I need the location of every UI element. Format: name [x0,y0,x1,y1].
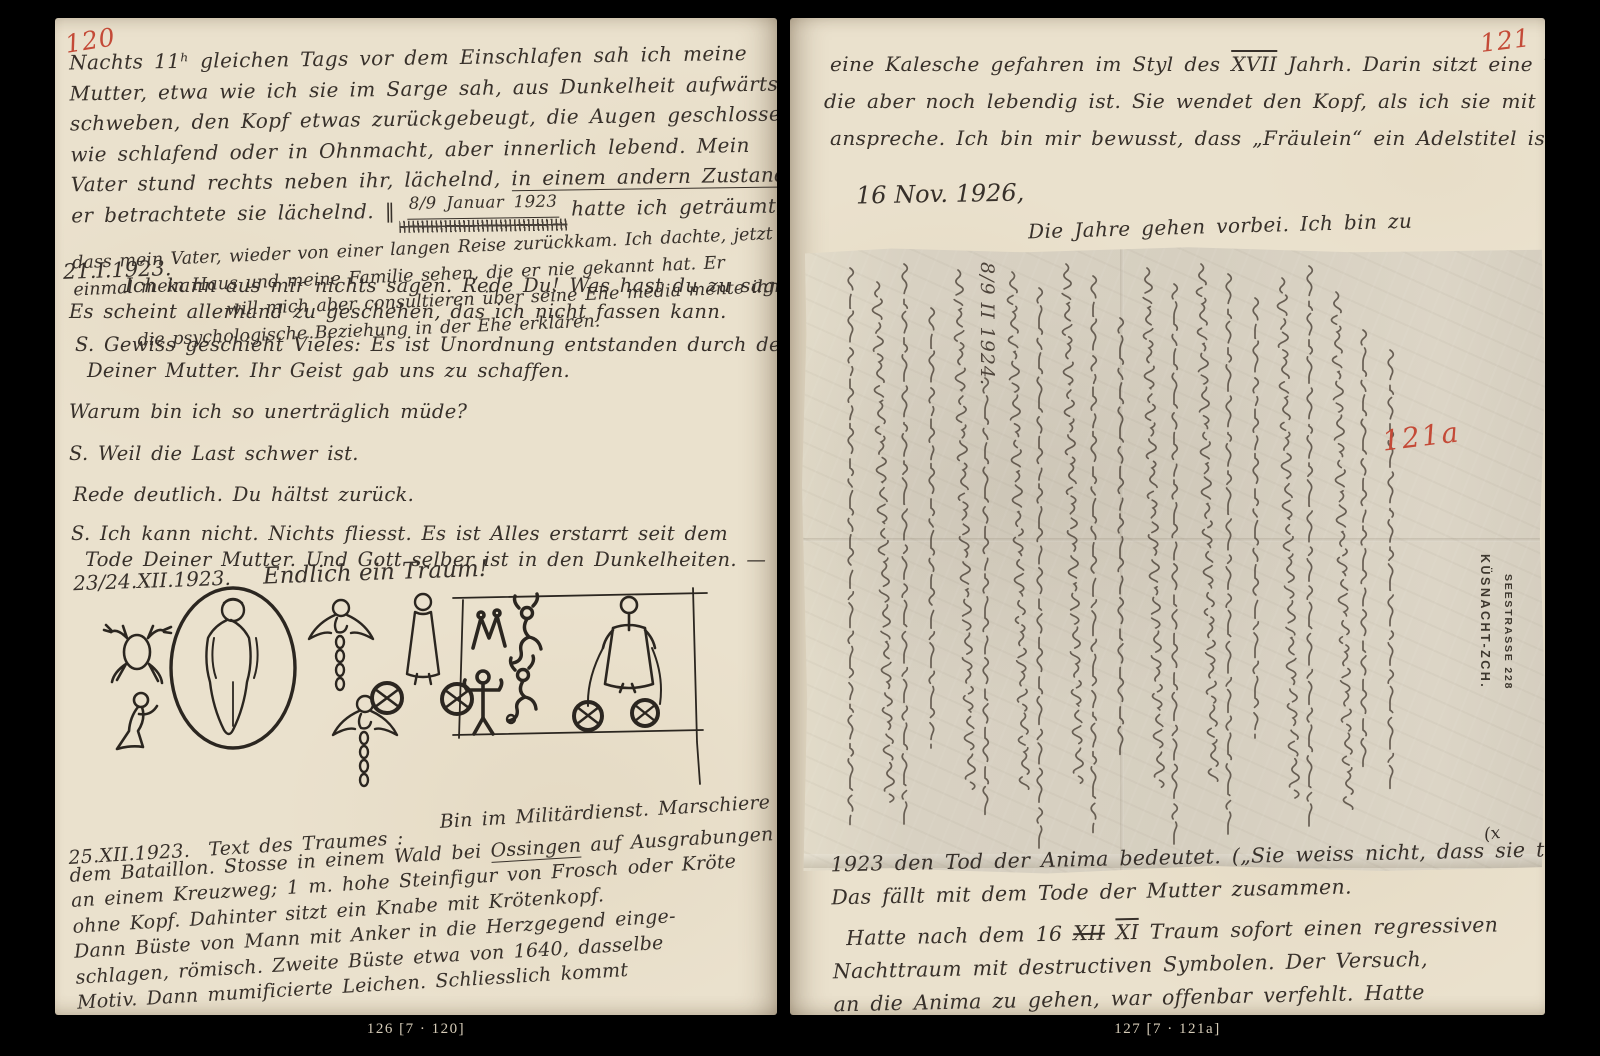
manuscript-page-left: 120 Nachts 11ʰ gleichen Tags vor dem Ein… [55,18,777,1015]
letter-date: 8/9 II 1924. [976,262,998,386]
kneeling-figure-drawing [117,693,157,749]
manuscript-line: S. Ich kann nicht. Nichts fliesst. Es is… [71,522,777,546]
inserted-date: 8/9 Januar 1923 [407,186,560,220]
entry-continuation: eine Kalesche gefahren im Styl des XVII … [830,46,1545,157]
manuscript-line: die aber noch lebendig ist. Sie wendet d… [824,83,1545,120]
entry-nov-1926-partial-line: Die Jahre gehen vorbei. Ich bin zu [1028,209,1413,244]
frog-figure-drawing [104,625,171,683]
letterhead-address-line2: SEESTRASSE 228 [1502,574,1514,690]
robed-figure-two-wheels-drawing [372,594,472,714]
zigzag-figure-drawing [473,610,505,648]
hook-dancer-upper-drawing [513,594,541,663]
letter-handwriting-lines [802,246,1545,876]
dream-sketch-drawing [75,586,755,822]
body-in-oval-drawing [171,588,295,748]
pasted-letter-insert: 8/9 II 1924. KÜSNACHT-ZCH. SEESTRASSE 22… [802,246,1545,876]
below-letter-block: 1923 den Tod der Anima bedeutet. („Sie w… [830,832,1545,1015]
underlined-place-name: Ossingen [490,834,582,862]
manuscript-line: eine Kalesche gefahren im Styl des XVII … [830,46,1545,83]
sketch-frame-box [453,588,707,784]
plate-caption-right: 127 [7 · 121a] [790,1021,1545,1038]
hook-dancer-lower-drawing [507,656,536,723]
dialogue-block: Ich kann aus mir nichts sagen. Rede Du! … [69,274,777,572]
manuscript-line: Rede deutlich. Du hältst zurück. [73,483,777,507]
winged-figure-chain-lower-drawing [333,696,397,786]
winged-figure-chain-upper-drawing [309,600,373,690]
manuscript-line: Ich kann aus mir nichts sagen. Rede Du! … [125,274,777,298]
manuscript-line: S. Weil die Last schwer ist. [69,442,777,466]
roman-numeral-overlined: XVII [1231,52,1277,76]
overlined-numeral: XI [1115,920,1139,944]
tall-robed-figure-drawing [574,597,661,730]
manuscript-page-right: 121 eine Kalesche gefahren im Styl des X… [790,18,1545,1015]
manuscript-line: anspreche. Ich bin mir bewusst, dass „Fr… [830,120,1545,157]
letterhead-address-line1: KÜSNACHT-ZCH. [1478,554,1492,689]
manuscript-line: Es scheint allerhand zu geschehen, das i… [69,300,777,324]
interlinear-insertion: 8/9 Januar 1923 [399,186,568,233]
manuscript-line: S. Gewiss geschieht Vieles: Es ist Unord… [75,333,777,357]
manuscript-line: Deiner Mutter. Ihr Geist gab uns zu scha… [87,359,777,383]
entry-nov-1926-date: 16 Nov. 1926, [856,179,1025,210]
struck-numeral: XII [1073,921,1105,946]
plate-caption-left: 126 [7 · 120] [55,1021,777,1038]
manuscript-line: Warum bin ich so unerträglich müde? [69,400,777,424]
